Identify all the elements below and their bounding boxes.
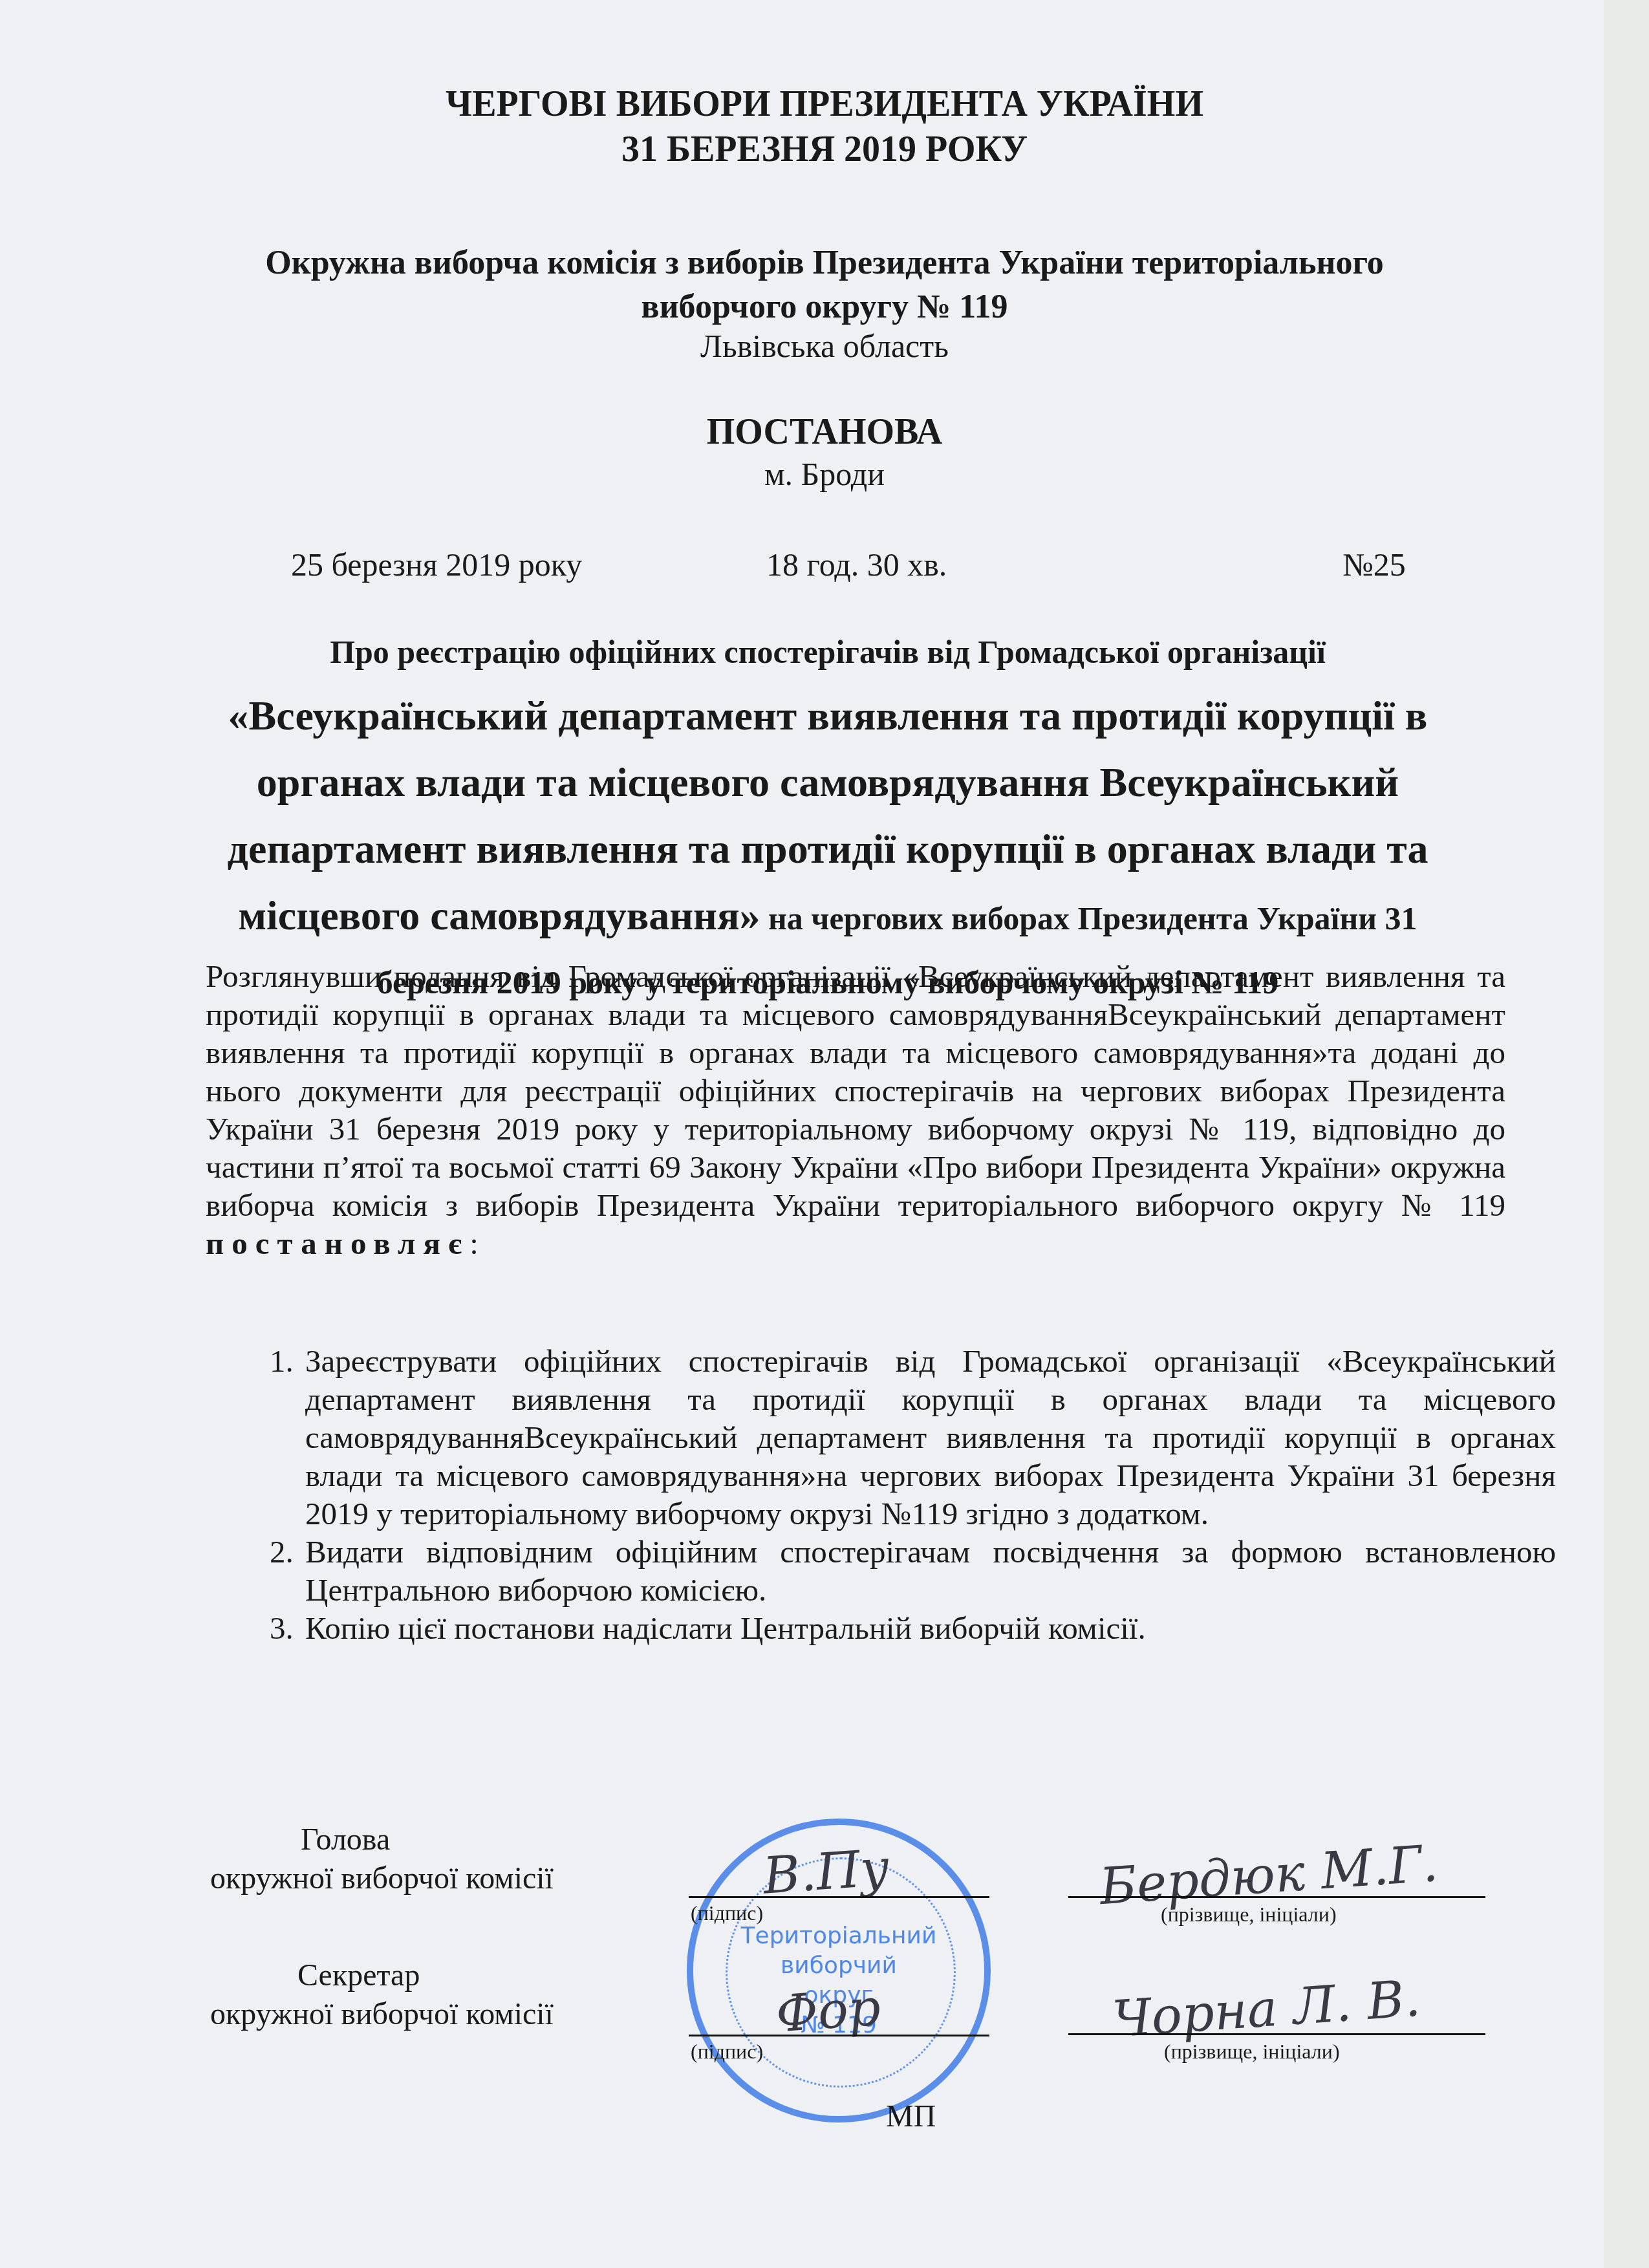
chair-signature-line xyxy=(689,1896,989,1898)
decision-item: Копію цієї постанови надіслати Центральн… xyxy=(301,1609,1556,1647)
secretary-signature-caption: (підпис) xyxy=(691,2040,763,2063)
election-title: ЧЕРГОВІ ВИБОРИ ПРЕЗИДЕНТА УКРАЇНИ xyxy=(0,83,1649,125)
resolution-date: 25 березня 2019 року xyxy=(291,545,582,584)
document-type: ПОСТАНОВА xyxy=(0,411,1649,453)
chair-role: Голова xyxy=(301,1820,390,1859)
seal-text: виборчий xyxy=(687,1952,991,1980)
preamble-text: Розглянувши подання від Громадської орга… xyxy=(206,958,1505,1223)
chair-name-caption: (прізвище, ініціали) xyxy=(1161,1903,1337,1926)
decree-colon: : xyxy=(469,1226,479,1261)
chair-name-line xyxy=(1068,1896,1485,1898)
resolution-time: 18 год. 30 хв. xyxy=(766,545,947,584)
seal-place-label: МП xyxy=(886,2099,936,2134)
election-date-title: 31 БЕРЕЗНЯ 2019 РОКУ xyxy=(0,128,1649,171)
secretary-name-line xyxy=(1068,2033,1485,2035)
secretary-signature-line xyxy=(689,2035,989,2036)
decision-item: Видати відповідним офіційним спостерігач… xyxy=(301,1533,1556,1609)
chair-signature-caption: (підпис) xyxy=(691,1901,763,1925)
city: м. Броди xyxy=(0,455,1649,493)
chair-role-commission: окружної виборчої комісії xyxy=(210,1859,554,1898)
secretary-role: Секретар xyxy=(297,1956,420,1995)
region: Львівська область xyxy=(0,327,1649,365)
decision-item: Зареєструвати офіційних спостерігачів ві… xyxy=(301,1342,1556,1533)
commission-district: виборчого округу № 119 xyxy=(0,285,1649,329)
resolution-number: №25 xyxy=(1342,545,1406,584)
secretary-name-handwritten: Чорна Л. В. xyxy=(1110,1969,1422,2049)
decisions-list: Зареєструвати офіційних спостерігачів ві… xyxy=(251,1342,1556,1647)
seal-text: Територіальний xyxy=(687,1922,991,1950)
secretary-name-caption: (прізвище, ініціали) xyxy=(1164,2040,1340,2063)
decree-word: постановляє xyxy=(206,1226,469,1261)
subject-intro: Про реєстрацію офіційних спостерігачів в… xyxy=(330,634,1326,670)
secretary-role-commission: окружної виборчої комісії xyxy=(210,1995,554,2034)
commission-name: Окружна виборча комісія з виборів Презид… xyxy=(0,241,1649,285)
preamble: Розглянувши подання від Громадської орга… xyxy=(206,957,1505,1262)
